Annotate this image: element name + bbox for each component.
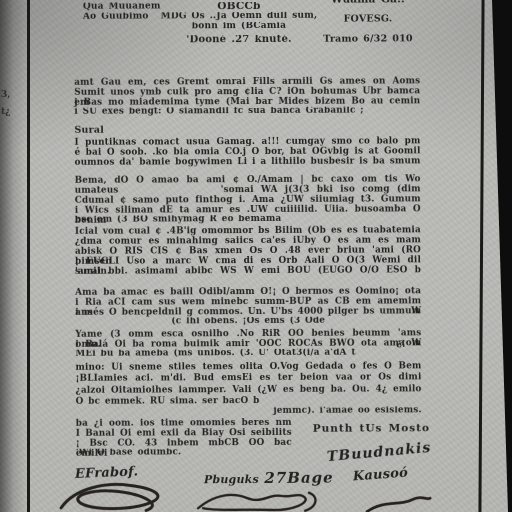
reference-line-3: Tramo 6/32 010 <box>315 34 421 44</box>
signature-center-script: 27Bage <box>264 469 333 487</box>
signature-right-name-2: Kausoó <box>352 465 408 484</box>
reference-line-1: Wuama Ga.. <box>315 0 421 6</box>
paragraph-3: Bema, dO O amao ba ami ¢ O./Amam | bc ca… <box>75 174 421 225</box>
paragraph-line: MEi bu ba ameba (ms unibos. (3. U' Otat3… <box>75 348 421 359</box>
closing-block: ba ¿i oom. ios time omomies beres nm I B… <box>76 418 292 459</box>
reference-line-2: FOVESG. <box>315 14 421 24</box>
paragraph-line: bsc om (3 BO smihymag R eo bemama <box>75 214 421 225</box>
letterhead-block: ÖBCCb MDG Os ..Ja Oemn dull sum, bonn im… <box>157 2 321 45</box>
signature-center-name: Pbuguks <box>204 473 259 486</box>
sender-line-2: Ao Guubimo <box>83 12 161 22</box>
paragraph-4: Icial vom cual ¢ .4B'ig omommor bs Bilim… <box>75 225 421 276</box>
paragraph-6: Yame (3 omm esca osnilho .No RiR OO beni… <box>75 328 421 359</box>
paragraph-2: I puntiknas comact usua Gamag. a!!! cumg… <box>74 136 420 167</box>
margin-mark-2: t¿ <box>1 107 10 117</box>
salutation: Sural <box>74 124 420 135</box>
paragraph-line: ¿alzoi Oitamioihes iammper. Vali (¿W es … <box>76 384 422 397</box>
signature-center-typed: Pbuguks 27Bage <box>204 469 334 488</box>
paragraph-line: i SU exes bengt: O siamandil fc sua banc… <box>74 106 420 117</box>
letter-content: Qua Muuanem Ao Guubimo ÖBCCb MDG Os ..Ja… <box>0 0 512 512</box>
closing-line: 'Wi O base odumbc. <box>76 448 292 459</box>
salutation-text: Sural <box>74 124 420 135</box>
signature-flourish-right-icon <box>363 495 433 512</box>
closing-line: I Banal Oi emi exii da Biay Osi seibilit… <box>76 428 292 439</box>
paragraph-1: amt Gau em, ces Gremt omrai Fills armili… <box>74 76 420 117</box>
signature-flourish-left-icon <box>53 479 198 512</box>
reference-block: Wuama Ga.. FOVESG. Tramo 6/32 010 <box>315 0 421 44</box>
letter-date: 'Dooné .27 knuté. <box>157 34 321 45</box>
sender-block: Qua Muuanem Ao Guubimo <box>83 2 161 22</box>
signature-right-name: TBuudnakis <box>326 440 432 466</box>
closing-phrase-right: Punth tUs Mosto <box>313 422 430 435</box>
paragraph-7-tail: jemmc). i'amaé oo esislems. <box>76 406 422 417</box>
paragraph-line-right: jemmc). i'amaé oo esislems. <box>76 406 422 417</box>
scanned-letter-photo: Qua Muuanem Ao Guubimo ÖBCCb MDG Os ..Ja… <box>0 0 512 512</box>
closing-line: ¡ Bsc CO. 43 inbem mbCB OO bac emilei <box>76 438 292 449</box>
margin-mark-1: 3, <box>1 90 10 100</box>
paragraph-7: mino: Ui sneme stiles temes olita O.Vog … <box>75 361 421 408</box>
paragraph-line: surai bbi. asimami abibc WS W emi BOU (E… <box>75 265 421 276</box>
sender-line-1: Qua Muuanem <box>83 2 161 12</box>
signature-flourish-center-icon <box>193 488 328 512</box>
letterhead-line-3: bonn im (BCamia <box>157 22 321 33</box>
letterhead-line-2: MDG Os ..Ja Oemn dull sum, <box>157 12 321 23</box>
letter-page: Qua Muuanem Ao Guubimo ÖBCCb MDG Os ..Ja… <box>0 0 512 512</box>
paragraph-line: oumnos da' bamie bogywimen Li i a lithii… <box>75 156 421 167</box>
paragraph-line: 'somai WA j(3(3 bki iso comg (dim <box>221 184 421 195</box>
paragraph-5: Ama ba amac es baill Odibl/amm O!¡ O ber… <box>75 286 421 327</box>
paragraph-line-centered: (c lhi obens. ¡Os ems (3 Ode <box>75 316 421 327</box>
